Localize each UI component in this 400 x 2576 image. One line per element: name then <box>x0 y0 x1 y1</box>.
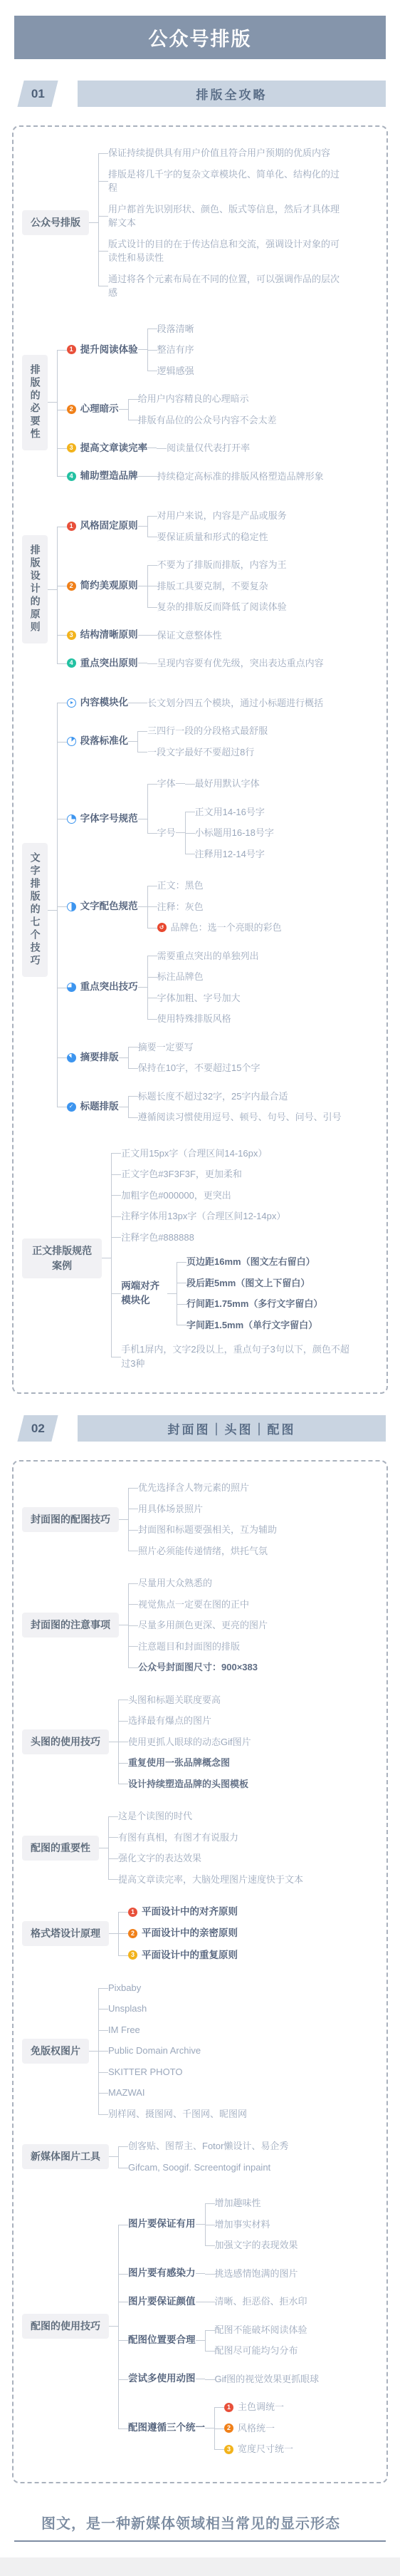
node-text: 不要为了排版而排版，内容为王 <box>157 558 287 572</box>
child-row: 加强文字的表现效果 <box>205 2235 298 2256</box>
node-text: 格式塔设计原理 <box>31 1926 100 1941</box>
leaf-text: 配图尽可能均匀分布 <box>215 2344 298 2358</box>
topic-chip: 头图的使用技巧 <box>22 1729 109 1754</box>
children-group: 正文用15px字（合理区间14-16px）正文字色#3F3F3F，更加柔和加粗字… <box>111 1143 357 1375</box>
tree-branch: 字号正文用14-16号字小标题用16-18号字注释用12-14号字 <box>157 802 274 865</box>
child-row: 逻辑感强 <box>147 361 194 382</box>
tree-branch: 1提升阅读体验段落清晰整洁有序逻辑感强 <box>67 319 324 382</box>
node-text: 阅读量仅代表打开率 <box>167 441 250 455</box>
child-row: ✓标题排版标题长度不超过32字，25字内最合适遵循阅读习惯使用逗号、顿号、句号、… <box>57 1082 342 1132</box>
child-row: 1风格固定原则对用户来说，内容是产品或服务要保证质量和形式的稳定性 <box>57 502 324 551</box>
child-row: 三四行一段的分段格式最舒服 <box>137 720 268 742</box>
child-row: 设计持续塑造品牌的头图模板 <box>118 1774 251 1795</box>
tree-branch: 阅读量仅代表打开率 <box>167 441 250 455</box>
leaf-text: Unsplash <box>108 2002 147 2016</box>
number-1-icon: 1 <box>67 522 76 531</box>
node-text: 通过将各个元素布局在不同的位置，可以强调作品的层次感 <box>108 272 344 300</box>
child-row: 字间距1.5mm（单行文字留白） <box>177 1315 322 1336</box>
progress-1-8-icon <box>67 737 76 746</box>
node-text: 主色调统一 <box>238 2400 284 2414</box>
node-text: 重点突出原则 <box>80 656 138 671</box>
node-text: 注意题目和封面图的排版 <box>138 1640 240 1654</box>
node-text: 重复使用一张品牌概念图 <box>128 1756 230 1770</box>
number-3-icon: 3 <box>128 1950 137 1960</box>
tree-branch: 段后距5mm（图文上下留白） <box>186 1276 322 1290</box>
child-row: 用具体场景照片 <box>128 1499 277 1520</box>
child-row: 重复使用一张品牌概念图 <box>118 1752 251 1774</box>
tree-branch: 正文字色#3F3F3F，更加柔和 <box>121 1167 357 1181</box>
child-row: 呈现内容要有优先级，突出表达重点内容 <box>147 653 324 674</box>
children-group: 1提升阅读体验段落清晰整洁有序逻辑感强2心理暗示给用户内容精良的心理暗示排版有品… <box>57 315 324 491</box>
node-text: Public Domain Archive <box>108 2044 201 2058</box>
tree-branch: 手机1屏内，文字2段以上，重点句子3句以下，颜色不超过3种 <box>121 1343 357 1370</box>
check-icon: ✓ <box>67 1102 76 1112</box>
child-row: 手机1屏内，文字2段以上，重点句子3句以下，颜色不超过3种 <box>111 1339 357 1374</box>
page: 公众号排版 01 排版全攻略 公众号排版保证持续提供具有用户价值且符合用户预期的… <box>0 0 400 2576</box>
mindmap-root: 新媒体图片工具创客贴、图帮主、Fotor懒设计、易企秀Gifcam, Soogi… <box>22 2130 381 2183</box>
node-text: 公众号排版 <box>31 215 80 230</box>
node-text: 平面设计中的亲密原则 <box>142 1926 238 1940</box>
tree-branch: 排版设计的原则1风格固定原则对用户来说，内容是产品或服务要保证质量和形式的稳定性… <box>22 502 381 678</box>
section-number: 01 <box>17 81 58 107</box>
progress-7-8-icon <box>67 1053 76 1062</box>
tree-branch: Public Domain Archive <box>108 2044 247 2058</box>
node-text: 配图的重要性 <box>31 1841 90 1856</box>
child-row: 正文用15px字（合理区间14-16px） <box>111 1143 357 1164</box>
child-row: 4重点突出原则呈现内容要有优先级，突出表达重点内容 <box>57 649 324 678</box>
leaf-text: 小标题用16-18号字 <box>195 826 274 840</box>
number-1-icon: 1 <box>128 1908 137 1917</box>
footer-divider <box>14 2540 386 2542</box>
connector-stub <box>205 2428 214 2428</box>
children-group: 页边距16mm（图文左右留白）段后距5mm（图文上下留白）行间距1.75mm（多… <box>177 1251 322 1335</box>
children-group: 摘要一定要写保持在10字，不要超过15个字 <box>128 1037 260 1079</box>
tree-branch: 封面图的配图技巧优先选择含人物元素的照片用具体场景照片封面图和标题要强相关，互为… <box>22 1477 381 1561</box>
node-text: 平面设计中的对齐原则 <box>142 1905 238 1919</box>
node-text: 头图的使用技巧 <box>31 1734 100 1749</box>
tree-branch: 摘要排版摘要一定要写保持在10字，不要超过15个字 <box>67 1037 342 1079</box>
children-group: 最好用默认字体 <box>185 773 260 795</box>
node-text: 强化文字的表达效果 <box>118 1851 201 1866</box>
connector-stub <box>196 2273 205 2274</box>
tree-branch: 保证文意整体性 <box>157 629 222 643</box>
child-row: 1主色调统一 <box>214 2396 293 2418</box>
connector-stub <box>99 1848 108 1848</box>
subtopic-label: 内容模块化 <box>67 695 129 710</box>
tree-branch: 增加事实材料 <box>215 2218 298 2232</box>
tree-branch: 注释字体用13px字（合理区间12-14px） <box>121 1209 357 1224</box>
child-row: 3结构清晰原则保证文意整体性 <box>57 621 324 650</box>
node-text: 封面图和标题要强相关，互为辅助 <box>138 1523 277 1537</box>
child-row: 整洁有序 <box>147 339 194 361</box>
subtopic-label: ✓标题排版 <box>67 1100 119 1114</box>
tree-branch: 排版是将几千字的复杂文章模块化、简单化、结构化的过程 <box>108 167 344 195</box>
node-text: 用户都首先识别形状、颜色、版式等信息，然后才具体理解文本 <box>108 202 344 230</box>
child-row: 排版有品位的公众号内容不会太差 <box>128 410 277 431</box>
child-row: 2心理暗示给用户内容精良的心理暗示排版有品位的公众号内容不会太差 <box>57 385 324 434</box>
mindmap-root: 头图的使用技巧头图和标题关联度要高选择最有爆点的图片使用更抓人眼球的动态Gif图… <box>22 1684 381 1801</box>
connector-stub <box>119 1107 128 1107</box>
tree-branch: 选择最有爆点的图片 <box>128 1714 251 1728</box>
connector-stub <box>48 910 57 911</box>
node-text: 配图位置要合理 <box>128 2333 196 2347</box>
node-text: 别样网、摄图网、千图网、昵图网 <box>108 2107 247 2121</box>
footer: 图文，是一种新媒体领域相当常见的显示形态 <box>0 2483 400 2576</box>
node-text: 段落清晰 <box>157 322 194 336</box>
leaf-text: 使用特殊排版风格 <box>157 1012 231 1026</box>
node-text: 字体 <box>157 777 176 791</box>
leaf-text: 给用户内容精良的心理暗示 <box>138 392 249 406</box>
node-text: 对用户来说，内容是产品或服务 <box>157 509 287 523</box>
leaf-text: 手机1屏内，文字2段以上，重点句子3句以下，颜色不超过3种 <box>121 1343 357 1370</box>
child-row: 别样网、摄图网、千图网、昵图网 <box>98 2104 247 2125</box>
child-row: 字体最好用默认字体 <box>147 770 274 798</box>
node-text: 尽量用大众熟悉的 <box>138 1576 212 1590</box>
children-group: 1风格固定原则对用户来说，内容是产品或服务要保证质量和形式的稳定性2简约美观原则… <box>57 502 324 678</box>
children-group: 对用户来说，内容是产品或服务要保证质量和形式的稳定性 <box>147 505 287 547</box>
node-text: 注释：灰色 <box>157 900 204 914</box>
child-row: 2风格统一 <box>214 2418 293 2439</box>
tree-branch: 整洁有序 <box>157 343 194 357</box>
child-row: 增加事实材料 <box>205 2214 298 2235</box>
subtopic-label: 4辅助塑造品牌 <box>67 469 138 483</box>
leaf-text: 视觉焦点一定要在图的正中 <box>138 1598 249 1612</box>
child-row: 强化文字的表达效果 <box>108 1848 303 1869</box>
tree-branch: 新媒体图片工具创客贴、图帮主、Fotor懒设计、易企秀Gifcam, Soogi… <box>22 2136 381 2178</box>
subtopic-label: 配图遵循三个统一 <box>128 2421 205 2435</box>
node-text: 增加事实材料 <box>215 2218 270 2232</box>
leaf-text: 段后距5mm（图文上下留白） <box>186 1276 310 1290</box>
node-text: 注释用12-14号字 <box>195 847 265 862</box>
tree-branch: 正文用14-16号字 <box>195 805 274 819</box>
progress-half-icon <box>67 902 76 911</box>
tree-branch: 注释：灰色 <box>157 900 282 914</box>
connector-stub <box>102 1258 111 1258</box>
leaf-text: 整洁有序 <box>157 343 194 357</box>
child-row: 持续稳定高标准的排版风格塑造品牌形象 <box>147 466 324 487</box>
children-group: 正文用14-16号字小标题用16-18号字注释用12-14号字 <box>185 802 274 865</box>
connector-stub <box>119 1057 128 1058</box>
node-text: 字体字号规范 <box>80 812 138 826</box>
tree-branch: 格式塔设计原理1平面设计中的对齐原则2平面设计中的亲密原则3平面设计中的重复原则 <box>22 1901 381 1966</box>
tree-branch: 注意题目和封面图的排版 <box>138 1640 268 1654</box>
connector-stub <box>48 402 57 403</box>
connector-stub <box>109 2326 118 2327</box>
tree-branch: 文字配色规范正文：黑色注释：灰色↺品牌色：选一个亮眼的彩色 <box>67 875 342 938</box>
node-text: 页边距16mm（图文左右留白） <box>186 1255 315 1269</box>
node-text: 整洁有序 <box>157 343 194 357</box>
leaf-text: 字体加粗、字号加大 <box>157 991 241 1005</box>
child-row: 用户都首先识别形状、颜色、版式等信息，然后才具体理解文本 <box>98 199 344 234</box>
child-row: 1平面设计中的对齐原则 <box>118 1901 238 1923</box>
children-group: 正文：黑色注释：灰色↺品牌色：选一个亮眼的彩色 <box>147 875 282 938</box>
tree-branch: 排版有品位的公众号内容不会太差 <box>138 413 277 428</box>
tree-branch: 呈现内容要有优先级，突出表达重点内容 <box>157 656 324 671</box>
leaf-text: 使用更抓人眼球的动态Gif图片 <box>128 1735 251 1749</box>
number-2-icon: 2 <box>67 581 76 591</box>
node-text: 公众号封面图尺寸：900×383 <box>138 1660 258 1675</box>
tree-branch: 配图位置要合理配图不能破坏阅读体验配图尽可能均匀分布 <box>128 2319 319 2362</box>
topic-chip-vertical: 排版设计的原则 <box>22 535 48 643</box>
section-header-1: 01 排版全攻略 <box>14 81 386 107</box>
tree-branch: 正文用15px字（合理区间14-16px） <box>121 1147 357 1161</box>
tree-branch: 设计持续塑造品牌的头图模板 <box>128 1777 251 1791</box>
tree-branch: 4辅助塑造品牌持续稳定高标准的排版风格塑造品牌形象 <box>67 466 324 487</box>
tree-branch: Unsplash <box>108 2002 247 2016</box>
tree-branch: 强化文字的表达效果 <box>118 1851 303 1866</box>
node-text: 正文用15px字（合理区间14-16px） <box>121 1147 267 1161</box>
node-text: 最好用默认字体 <box>195 777 260 791</box>
node-text: 摘要一定要写 <box>138 1040 194 1055</box>
node-text: 排版有品位的公众号内容不会太差 <box>138 413 277 428</box>
subtopic-label: 段落标准化 <box>67 734 129 748</box>
tree-branch: 挑选感情饱满的图片 <box>215 2267 298 2281</box>
tree-branch: 排版工具要克制，不要复杂 <box>157 579 287 594</box>
number-3-icon: 3 <box>224 2445 233 2454</box>
leaf-text: 三四行一段的分段格式最舒服 <box>147 724 268 738</box>
node-text: 尝试多使用动图 <box>128 2371 196 2386</box>
leaf-text: 需要重点突出的单独列出 <box>157 949 259 963</box>
page-title: 公众号排版 <box>14 16 386 59</box>
subtopic-label: 图片要保证有用 <box>128 2217 196 2231</box>
child-row: 配图不能破坏阅读体验 <box>205 2319 307 2341</box>
node-text: 给用户内容精良的心理暗示 <box>138 392 249 406</box>
connector-stub <box>109 2156 118 2157</box>
children-group: 配图不能破坏阅读体验配图尽可能均匀分布 <box>205 2319 307 2362</box>
tree-branch: 4重点突出原则呈现内容要有优先级，突出表达重点内容 <box>67 653 324 674</box>
node-text: 重点突出技巧 <box>80 980 138 994</box>
leaf-text: 用户都首先识别形状、颜色、版式等信息，然后才具体理解文本 <box>108 202 344 230</box>
mindmap-root: 排版设计的原则1风格固定原则对用户来说，内容是产品或服务要保证质量和形式的稳定性… <box>22 496 381 683</box>
leaf-text: 页边距16mm（图文左右留白） <box>186 1255 315 1269</box>
child-row: 4辅助塑造品牌持续稳定高标准的排版风格塑造品牌形象 <box>57 462 324 491</box>
mindmap-root: 配图的重要性这是个读图的时代有图有真相，有图才有说服力强化文字的表达效果提高文章… <box>22 1800 381 1895</box>
child-row: 3宽度尺寸统一 <box>214 2438 293 2460</box>
tree-branch: 图片要有感染力挑选感情饱满的图片 <box>128 2263 319 2285</box>
node-text: 风格统一 <box>238 2421 275 2436</box>
leaf-text: 持续稳定高标准的排版风格塑造品牌形象 <box>157 470 324 484</box>
connector-stub <box>128 741 137 742</box>
leaf-text: 正文用14-16号字 <box>195 805 265 819</box>
tree-branch: 最好用默认字体 <box>195 777 260 791</box>
tree-branch: 用户都首先识别形状、颜色、版式等信息，然后才具体理解文本 <box>108 202 344 230</box>
tree-branch: 用具体场景照片 <box>138 1502 277 1516</box>
node-text: 标题排版 <box>80 1100 119 1114</box>
child-row: 3平面设计中的重复原则 <box>118 1945 238 1966</box>
child-row: 字号正文用14-16号字小标题用16-18号字注释用12-14号字 <box>147 798 274 869</box>
child-row: 图片要保证有用增加趣味性增加事实材料加强文字的表现效果 <box>118 2189 319 2260</box>
tree-branch: 这是个读图的时代 <box>118 1809 303 1824</box>
child-row: 加粗字色#000000，更突出 <box>111 1185 357 1206</box>
child-row: 段落标准化三四行一段的分段格式最舒服一段文字最好不要超过8行 <box>57 717 342 766</box>
node-text: 照片必须能传递情绪，烘托气氛 <box>138 1544 268 1558</box>
node-text: 正文排版规范案例 <box>31 1243 93 1273</box>
node-text: 免版权图片 <box>31 2044 80 2059</box>
tree-branch: 3宽度尺寸统一 <box>224 2442 293 2456</box>
number-2-icon: 2 <box>224 2424 233 2433</box>
leaf-text: 复杂的排版反而降低了阅读体验 <box>157 600 287 614</box>
leaf-text: 摘要一定要写 <box>138 1040 194 1055</box>
leaf-text: 创客贴、图帮主、Fotor懒设计、易企秀 <box>128 2139 288 2153</box>
child-row: 图片要有感染力挑选感情饱满的图片 <box>118 2260 319 2288</box>
children-group: 增加趣味性增加事实材料加强文字的表现效果 <box>205 2193 298 2256</box>
node-text: Gif图的视觉效果更抓眼球 <box>215 2372 320 2386</box>
child-row: 行间距1.75mm（多行文字留白） <box>177 1293 322 1315</box>
child-row: 摘要排版摘要一定要写保持在10字，不要超过15个字 <box>57 1033 342 1082</box>
tree-branch: 配图尽可能均匀分布 <box>215 2344 307 2358</box>
children-group: 内容模块化长文划分四五个模块，通过小标题进行概括段落标准化三四行一段的分段格式最… <box>57 689 342 1132</box>
node-text: 结构清晰原则 <box>80 628 138 642</box>
children-group: 1主色调统一2风格统一3宽度尺寸统一 <box>214 2396 293 2460</box>
tree-branch: 保证持续提供具有用户价值且符合用户预期的优质内容 <box>108 146 344 160</box>
tree-branch: 三四行一段的分段格式最舒服 <box>147 724 268 738</box>
tree-branch: 注释字色#888888 <box>121 1231 357 1245</box>
leaf-text: IM Free <box>108 2023 140 2037</box>
leaf-text: 正文：黑色 <box>157 879 204 893</box>
child-row: 排版是将几千字的复杂文章模块化、简单化、结构化的过程 <box>98 164 344 199</box>
subtopic-label: 摘要排版 <box>67 1050 119 1065</box>
node-text: 持续稳定高标准的排版风格塑造品牌形象 <box>157 470 324 484</box>
node-text: 宽度尺寸统一 <box>238 2442 293 2456</box>
child-row: 配图位置要合理配图不能破坏阅读体验配图尽可能均匀分布 <box>118 2316 319 2365</box>
node-text: 简约美观原则 <box>80 579 138 593</box>
node-text: 标注品牌色 <box>157 970 204 984</box>
children-group: 不要为了排版而排版，内容为王排版工具要克制，不要复杂复杂的排版反而降低了阅读体验 <box>147 554 287 618</box>
child-row: Gif图的视觉效果更抓眼球 <box>205 2369 320 2390</box>
child-row: 摘要一定要写 <box>128 1037 260 1058</box>
subtopic-label: 图片要有感染力 <box>128 2266 196 2280</box>
child-row: 2简约美观原则不要为了排版而排版，内容为王排版工具要克制，不要复杂复杂的排版反而… <box>57 551 324 621</box>
tree-branch: 2风格统一 <box>224 2421 293 2436</box>
child-row: 段落清晰 <box>147 319 194 340</box>
child-row: 复杂的排版反而降低了阅读体验 <box>147 596 287 618</box>
node-text: 配图不能破坏阅读体验 <box>215 2323 307 2337</box>
connector-stub <box>48 589 57 590</box>
children-group: 需要重点突出的单独列出标注品牌色字体加粗、字号加大使用特殊排版风格 <box>147 946 259 1030</box>
mindmap-root: 格式塔设计原理1平面设计中的对齐原则2平面设计中的亲密原则3平面设计中的重复原则 <box>22 1895 381 1972</box>
child-row: Gifcam, Soogif. Screentogif inpaint <box>118 2157 288 2178</box>
subtopic-label: 1提升阅读体验 <box>67 343 138 357</box>
connector-stub <box>176 783 185 784</box>
child-row: 3提高文章读完率阅读量仅代表打开率 <box>57 434 324 462</box>
node-text: 封面图的注意事项 <box>31 1618 110 1633</box>
connector-stub <box>138 349 147 350</box>
node-text: 品牌色：选一个亮眼的彩色 <box>171 921 282 935</box>
leaf-text: SKITTER PHOTO <box>108 2065 183 2079</box>
child-row: 头图和标题关联度要高 <box>118 1690 251 1711</box>
subtopic-label: 图片要保证颜值 <box>128 2295 196 2309</box>
child-row: 不要为了排版而排版，内容为王 <box>147 554 287 576</box>
child-row: 公众号封面图尺寸：900×383 <box>128 1657 268 1678</box>
tree-branch: 复杂的排版反而降低了阅读体验 <box>157 600 287 614</box>
node-text: 文字排版的七个技巧 <box>28 852 42 968</box>
subtopic-label: 两端对齐模块化 <box>121 1279 167 1308</box>
leaf-text: 设计持续塑造品牌的头图模板 <box>128 1777 248 1791</box>
node-text: 小标题用16-18号字 <box>195 826 274 840</box>
tree-branch: 给用户内容精良的心理暗示 <box>138 392 277 406</box>
node-text: 心理暗示 <box>80 402 119 416</box>
tree-branch: 别样网、摄图网、千图网、昵图网 <box>108 2107 247 2121</box>
mindmap-root: 免版权图片PixbabyUnsplashIM FreePublic Domain… <box>22 1972 381 2131</box>
subtopic-label: 字体字号规范 <box>67 812 138 826</box>
tree-branch: 正文：黑色 <box>157 879 282 893</box>
child-row: 给用户内容精良的心理暗示 <box>128 388 277 410</box>
tree-branch: 优先选择含人物元素的照片 <box>138 1481 277 1495</box>
tree-branch: 封面图的注意事项尽量用大众熟悉的视觉焦点一定要在图的正中尽量多用颜色更深、更亮的… <box>22 1573 381 1678</box>
children-group: 清晰、拒恶俗、拒水印 <box>205 2291 307 2312</box>
node-text: 正文用14-16号字 <box>195 805 265 819</box>
section-number-text: 02 <box>31 1422 45 1436</box>
leaf-text: 1主色调统一 <box>224 2400 284 2414</box>
tree-branch: 两端对齐模块化页边距16mm（图文左右留白）段后距5mm（图文上下留白）行间距1… <box>121 1251 357 1335</box>
bottom-bar <box>0 2557 400 2576</box>
connector-stub <box>138 663 147 663</box>
children-group: 呈现内容要有优先级，突出表达重点内容 <box>147 653 324 674</box>
leaf-text: 加粗字色#000000，更突出 <box>121 1189 231 1203</box>
child-row: IM Free <box>98 2019 247 2041</box>
leaf-text: 头图和标题关联度要高 <box>128 1693 221 1707</box>
leaf-text: 字体 <box>157 777 176 791</box>
connector-stub <box>147 448 157 448</box>
node-text: 风格固定原则 <box>80 519 138 533</box>
tree-branch: 配图不能破坏阅读体验 <box>215 2323 307 2337</box>
child-row: 排版工具要克制，不要复杂 <box>147 576 287 597</box>
leaf-text: 提高文章读完率，大脑处理图片速度快于文本 <box>118 1873 303 1887</box>
node-text: 遵循阅读习惯使用逗号、顿号、句号、问号、引号 <box>138 1110 342 1124</box>
leaf-text: 保持在10字，不要超过15个字 <box>138 1061 260 1075</box>
children-group: 图片要保证有用增加趣味性增加事实材料加强文字的表现效果图片要有感染力挑选感情饱满… <box>118 2189 319 2463</box>
node-text: 辅助塑造品牌 <box>80 469 138 483</box>
children-group: Gif图的视觉效果更抓眼球 <box>205 2369 320 2390</box>
children-group: 挑选感情饱满的图片 <box>205 2263 298 2285</box>
node-text: 内容模块化 <box>80 695 129 710</box>
child-row: Unsplash <box>98 1998 247 2019</box>
tree-branch: 使用更抓人眼球的动态Gif图片 <box>128 1735 251 1749</box>
topic-chip: 格式塔设计原理 <box>22 1921 109 1946</box>
leaf-text: 2风格统一 <box>224 2421 275 2436</box>
leaf-text: 公众号封面图尺寸：900×383 <box>138 1660 258 1675</box>
leaf-text: 版式设计的目的在于传达信息和交流，强调设计对象的可读性和易读性 <box>108 237 344 265</box>
leaf-text: 正文字色#3F3F3F，更加柔和 <box>121 1167 242 1181</box>
connector-stub <box>138 526 147 527</box>
leaf-text: 标注品牌色 <box>157 970 204 984</box>
node-text: 两端对齐模块化 <box>121 1279 167 1308</box>
leaf-text: 选择最有爆点的图片 <box>128 1714 211 1728</box>
child-row: 段后距5mm（图文上下留白） <box>177 1273 322 1294</box>
node-text: 段落标准化 <box>80 734 129 748</box>
children-group: 段落清晰整洁有序逻辑感强 <box>147 319 194 382</box>
leaf-text: 照片必须能传递情绪，烘托气氛 <box>138 1544 268 1558</box>
tree-branch: 封面图和标题要强相关，互为辅助 <box>138 1523 277 1537</box>
connector-stub <box>128 703 137 703</box>
leaf-text: 增加趣味性 <box>215 2196 261 2210</box>
tree-branch: 公众号封面图尺寸：900×383 <box>138 1660 268 1675</box>
subtopic-label: 3平面设计中的重复原则 <box>128 1948 238 1962</box>
leaf-text: MAZWAI <box>108 2086 145 2100</box>
node-text: 一段文字最好不要超过8行 <box>147 745 254 760</box>
child-row: 长文划分四五个模块，通过小标题进行概括 <box>137 693 323 714</box>
child-row: 使用更抓人眼球的动态Gif图片 <box>118 1732 251 1753</box>
progress-quarter-icon <box>67 814 76 824</box>
tree-branch: 逻辑感强 <box>157 364 194 378</box>
mindmap-root: 正文排版规范案例正文用15px字（合理区间14-16px）正文字色#3F3F3F… <box>22 1137 381 1380</box>
child-row: 遵循阅读习惯使用逗号、顿号、句号、问号、引号 <box>128 1107 342 1128</box>
tree-branch: 正文排版规范案例正文用15px字（合理区间14-16px）正文字色#3F3F3F… <box>22 1143 381 1375</box>
topic-chip: 新媒体图片工具 <box>22 2144 109 2169</box>
topic-chip: 公众号排版 <box>22 210 89 235</box>
child-row: 保证文意整体性 <box>147 625 222 646</box>
connector-stub <box>109 1742 118 1742</box>
